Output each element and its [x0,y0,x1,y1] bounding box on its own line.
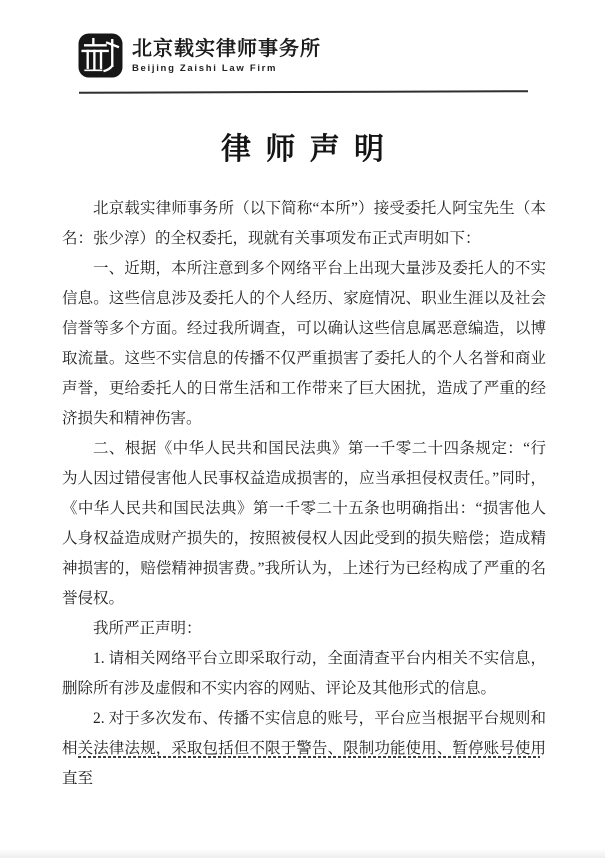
document-title: 律 师 声 明 [0,124,605,168]
letterhead-divider [79,90,528,94]
demand-item-2: 2. 对于多次发布、传播不实信息的账号，平台应当根据平台规则和相关法律法规，采取… [62,704,546,794]
firm-name-chinese: 北京载实律师事务所 [132,37,321,61]
document-page: 北京载实律师事务所 Beijing Zaishi Law Firm 律 师 声 … [0,0,605,858]
law-firm-logo-icon [78,33,123,78]
document-body: 北京载实律师事务所（以下简称“本所”）接受委托人阿宝先生（本名：张少淳）的全权委… [62,194,546,794]
demand-item-1: 1. 请相关网络平台立即采取行动，全面清查平台内相关不实信息，删除所有涉及虚假和… [62,644,546,704]
letterhead: 北京载实律师事务所 Beijing Zaishi Law Firm [78,33,321,78]
facts-paragraph: 一、近期，本所注意到多个网络平台上出现大量涉及委托人的不实信息。这些信息涉及委托… [62,254,546,434]
dashed-divider [78,756,540,758]
firm-names: 北京载实律师事务所 Beijing Zaishi Law Firm [132,37,321,75]
intro-paragraph: 北京载实律师事务所（以下简称“本所”）接受委托人阿宝先生（本名：张少淳）的全权委… [62,194,546,254]
firm-name-english: Beijing Zaishi Law Firm [132,62,321,75]
legal-basis-paragraph: 二、根据《中华人民共和国民法典》第一千零二十四条规定：“行为人因过错侵害他人民事… [62,434,546,614]
declaration-lead-paragraph: 我所严正声明： [62,614,546,644]
page-bottom-edge [0,849,605,858]
